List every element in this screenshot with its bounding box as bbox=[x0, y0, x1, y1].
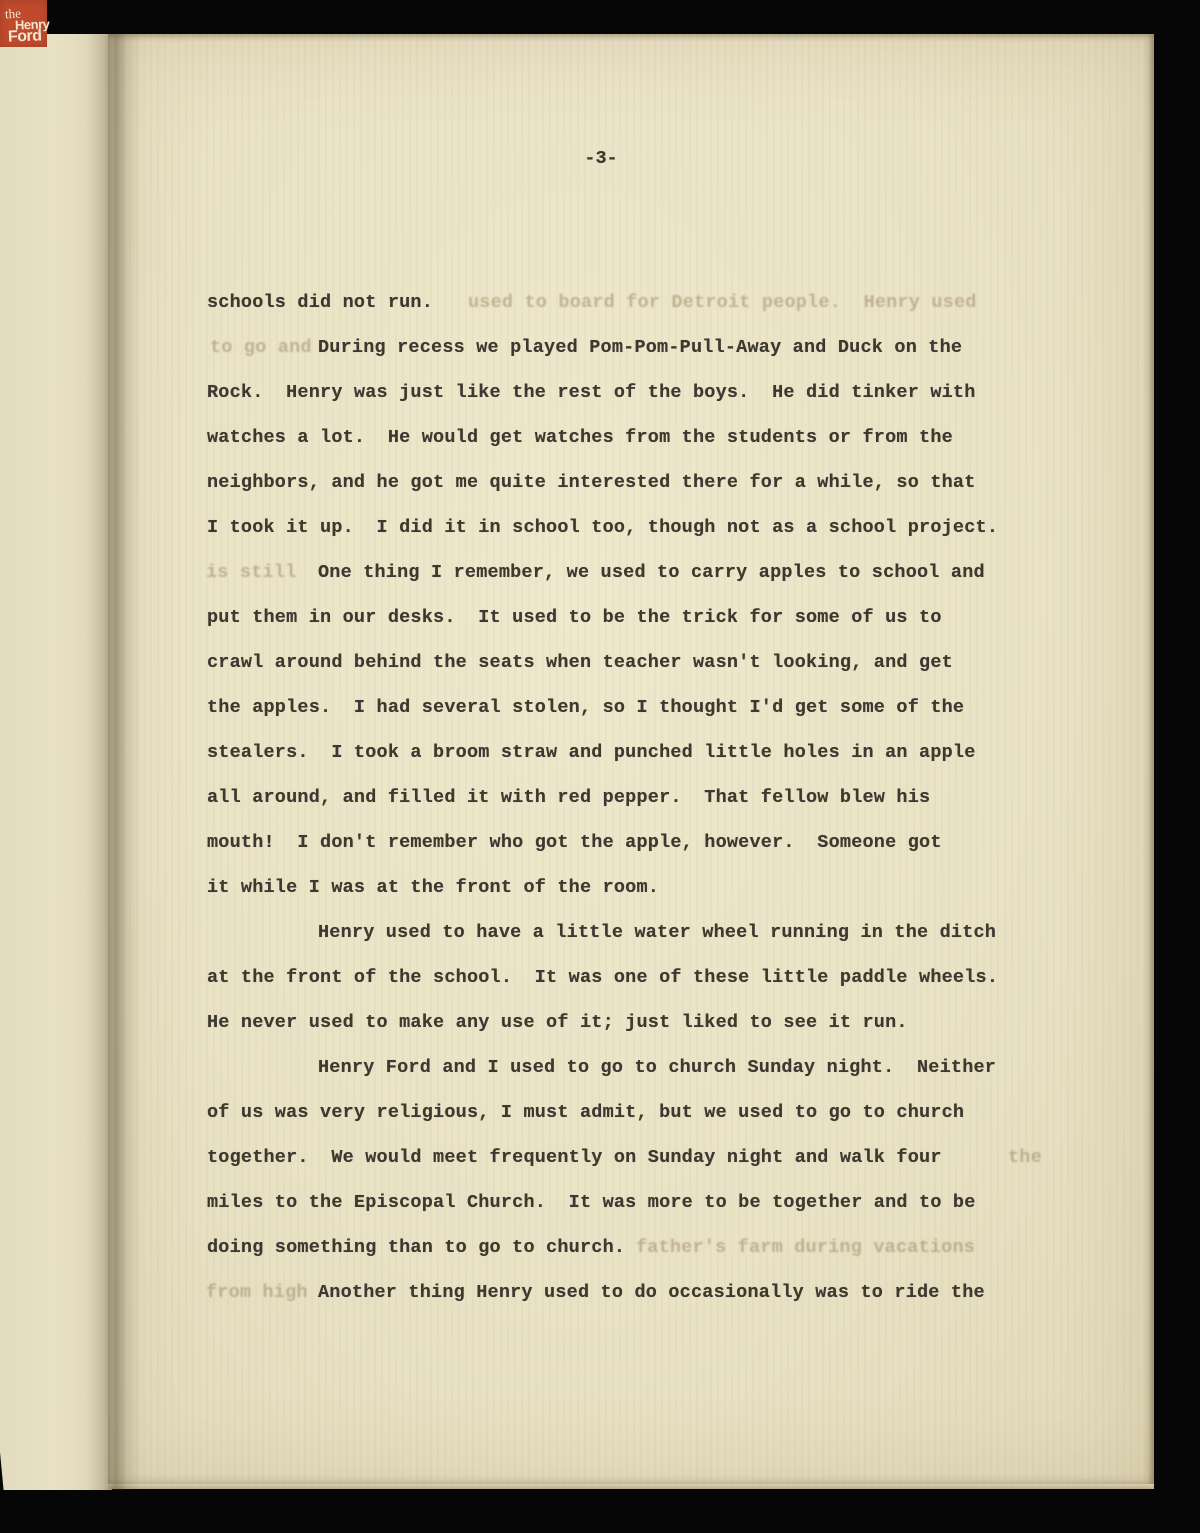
typed-line: He never used to make any use of it; jus… bbox=[207, 1012, 1037, 1057]
typed-line: crawl around behind the seats when teach… bbox=[207, 652, 1037, 697]
typed-line: Rock. Henry was just like the rest of th… bbox=[207, 382, 1037, 427]
typed-line: put them in our desks. It used to be the… bbox=[207, 607, 1037, 652]
henry-ford-logo: the Henry Ford bbox=[0, 0, 47, 47]
typed-line: mouth! I don't remember who got the appl… bbox=[207, 832, 1037, 877]
logo-word-ford: Ford bbox=[8, 27, 42, 46]
typed-line: the apples. I had several stolen, so I t… bbox=[207, 697, 1037, 742]
typed-line: of us was very religious, I must admit, … bbox=[207, 1102, 1037, 1147]
typed-line: schools did not run. bbox=[207, 292, 1037, 337]
typed-line: Henry Ford and I used to go to church Su… bbox=[207, 1057, 1037, 1102]
page-number: -3- bbox=[556, 148, 646, 169]
page-bottom-edge bbox=[108, 1484, 1154, 1489]
typed-text-block: schools did not run.During recess we pla… bbox=[207, 292, 1037, 1327]
typed-line: neighbors, and he got me quite intereste… bbox=[207, 472, 1037, 517]
scanned-document: used to board for Detroit people. Henry … bbox=[0, 0, 1200, 1533]
typed-line: stealers. I took a broom straw and punch… bbox=[207, 742, 1037, 787]
typed-line: together. We would meet frequently on Su… bbox=[207, 1147, 1037, 1192]
typed-line: During recess we played Pom-Pom-Pull-Awa… bbox=[207, 337, 1037, 382]
typed-line: Henry used to have a little water wheel … bbox=[207, 922, 1037, 967]
previous-page-edge bbox=[0, 34, 112, 1490]
typed-line: watches a lot. He would get watches from… bbox=[207, 427, 1037, 472]
typed-line: it while I was at the front of the room. bbox=[207, 877, 1037, 922]
typed-line: miles to the Episcopal Church. It was mo… bbox=[207, 1192, 1037, 1237]
typed-line: One thing I remember, we used to carry a… bbox=[207, 562, 1037, 607]
typed-line: doing something than to go to church. bbox=[207, 1237, 1037, 1282]
typed-line: I took it up. I did it in school too, th… bbox=[207, 517, 1037, 562]
typed-line: all around, and filled it with red peppe… bbox=[207, 787, 1037, 832]
typed-line: at the front of the school. It was one o… bbox=[207, 967, 1037, 1012]
typed-line: Another thing Henry used to do occasiona… bbox=[207, 1282, 1037, 1327]
